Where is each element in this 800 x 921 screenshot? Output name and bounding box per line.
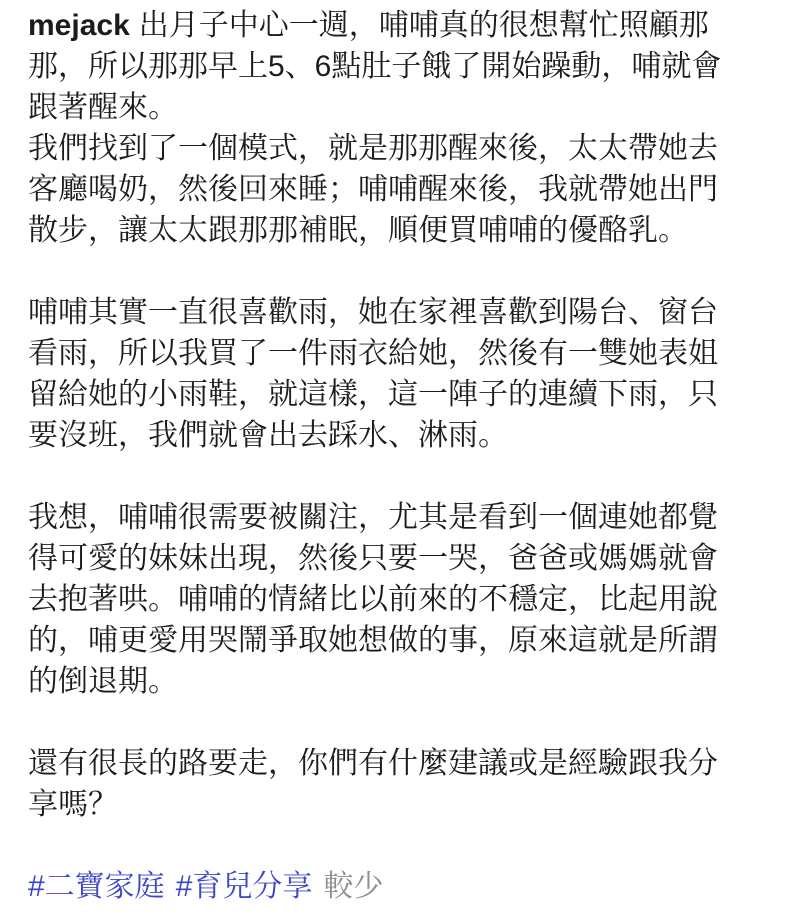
hashtag-row: #二寶家庭#育兒分享較少 [28,866,772,907]
hashtag-link[interactable]: #二寶家庭 [28,870,165,903]
username-link[interactable]: mejack [28,9,130,42]
caption-paragraph: 我想，哺哺很需要被關注，尤其是看到一個連她都覺 得可愛的妹妹出現，然後只要一哭，… [28,497,772,702]
caption-paragraph: mejack出月子中心一週，哺哺真的很想幫忙照顧那 那，所以那那早上5、6點肚子… [28,5,772,251]
caption-text: 出月子中心一週，哺哺真的很想幫忙照顧那 那，所以那那早上5、6點肚子餓了開始躁動… [28,9,721,247]
hashtag-link[interactable]: #育兒分享 [176,870,313,903]
caption-paragraph: 哺哺其實一直很喜歡雨，她在家裡喜歡到陽台、窗台 看雨，所以我買了一件雨衣給她，然… [28,292,772,456]
collapse-caption-toggle[interactable]: 較少 [323,870,383,903]
post-caption: mejack出月子中心一週，哺哺真的很想幫忙照顧那 那，所以那那早上5、6點肚子… [0,0,800,907]
caption-paragraph: 還有很長的路要走，你們有什麼建議或是經驗跟我分 享嗎？ [28,743,772,825]
